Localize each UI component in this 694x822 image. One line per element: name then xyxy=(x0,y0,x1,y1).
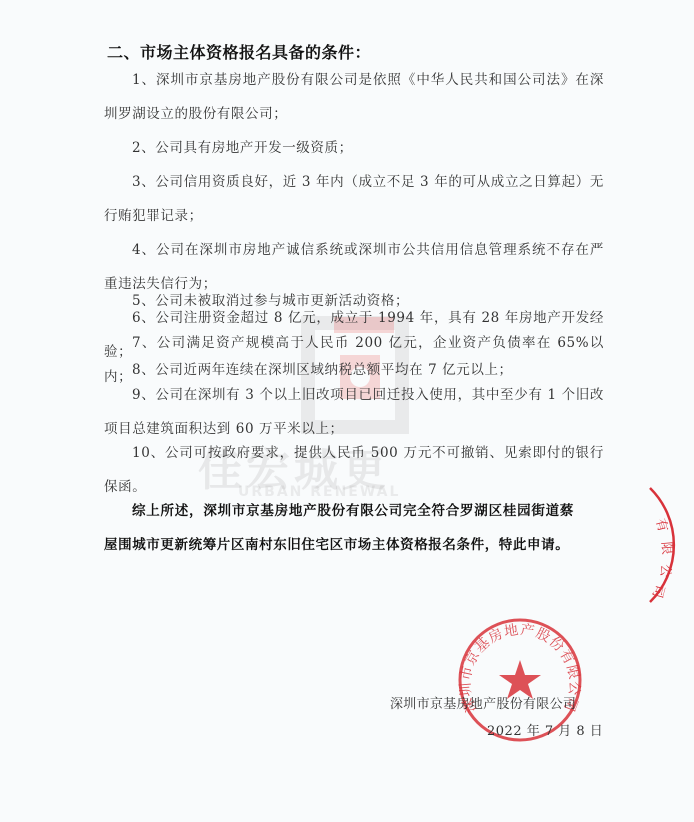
summary-paragraph: 综上所述，深圳市京基房地产股份有限公司完全符合罗湖区桂园街道蔡屋围城市更新统筹片… xyxy=(104,494,574,562)
signature-company: 深圳市京基房地产股份有限公司 xyxy=(390,693,576,712)
signature-date: 2022 年 7 月 8 日 xyxy=(487,720,603,739)
condition-2: 2、公司具有房地产开发一级资质； xyxy=(104,131,604,165)
document-page: 佳宏城更 URBAN RENEWAL 二、市场主体资格报名具备的条件： 1、深圳… xyxy=(0,0,694,822)
partial-seal-icon: 有 限 公 司 xyxy=(610,480,694,610)
svg-text:司: 司 xyxy=(649,583,667,599)
condition-3: 3、公司信用资质良好，近 3 年内（成立不足 3 年的可从成立之日算起）无行贿犯… xyxy=(104,165,604,233)
condition-1: 1、深圳市京基房地产股份有限公司是依照《中华人民共和国公司法》在深圳罗湖设立的股… xyxy=(104,63,604,131)
svg-text:公: 公 xyxy=(657,564,673,578)
svg-text:有: 有 xyxy=(652,517,670,533)
section-heading: 二、市场主体资格报名具备的条件： xyxy=(107,40,371,63)
svg-text:限: 限 xyxy=(658,541,674,555)
